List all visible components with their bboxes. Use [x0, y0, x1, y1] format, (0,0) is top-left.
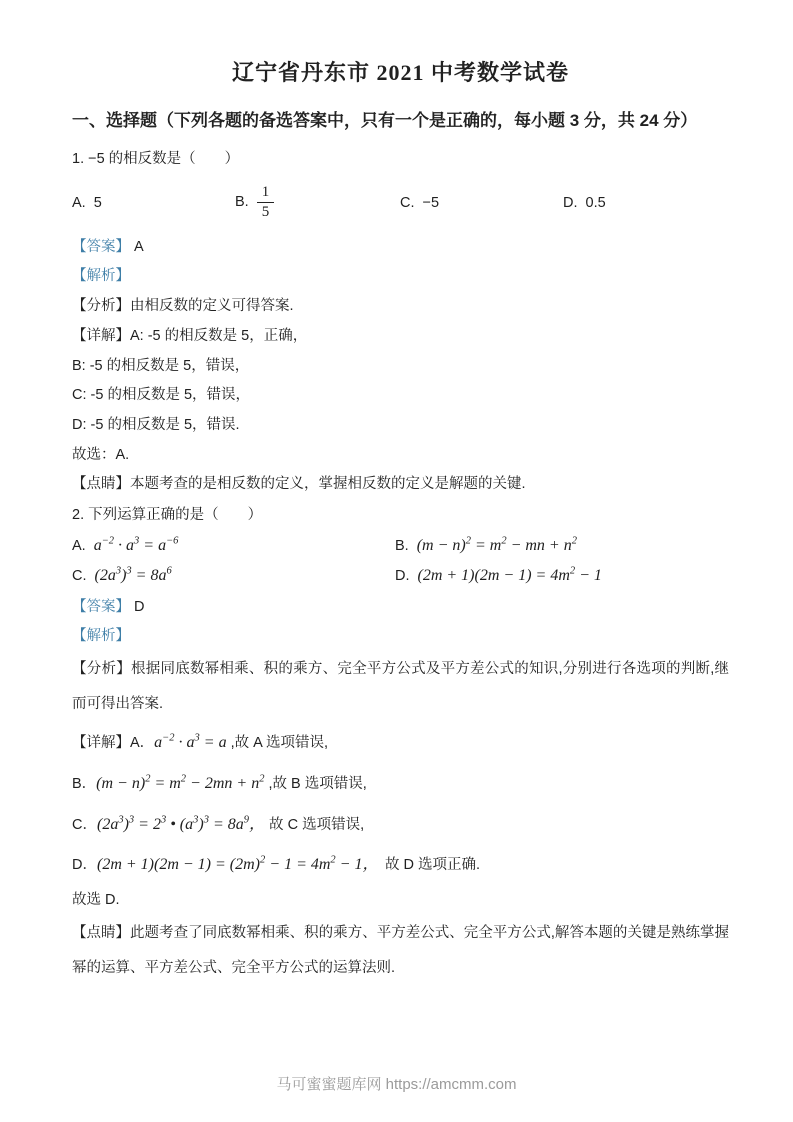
detail-formula: (2m + 1)(2m − 1) = (2m)2 − 1 = 4m2 − 1，: [97, 856, 371, 873]
detail-suffix: ,故 A 选项错误,: [227, 735, 329, 751]
detail-prefix: C．: [72, 817, 97, 833]
answer-value: A: [134, 239, 144, 255]
question-2-detail-a: 【详解】A．a−2 · a3 = a ,故 A 选项错误,: [72, 723, 729, 764]
question-1: 1. −5 的相反数是（ ） A.5 B.15 C.−5 D.0.5 【答案】A…: [72, 144, 729, 500]
question-2-detail-c: C．(2a3)3 = 23 • (a3)3 = 8a9， 故 C 选项错误,: [72, 805, 729, 846]
question-2-analysis-label: 【解析】: [72, 622, 729, 652]
option-c-label: C.: [72, 568, 87, 584]
question-1-stem: 1. −5 的相反数是（ ）: [72, 144, 729, 174]
question-1-option-b: B.15: [235, 183, 400, 222]
question-1-detail-a: 【详解】A: -5 的相反数是 5，正确，: [72, 322, 729, 352]
answer-tag: 【答案】: [72, 599, 130, 615]
detail-prefix: B．: [72, 776, 96, 792]
section-heading: 一、选择题（下列各题的备选答案中，只有一个是正确的，每小题 3 分，共 24 分…: [72, 107, 729, 134]
answer-value: D: [134, 599, 144, 615]
detail-suffix: 故 C 选项错误,: [265, 817, 364, 833]
option-b-label: B.: [235, 194, 249, 210]
option-d-value: 0.5: [586, 195, 606, 211]
answer-tag: 【答案】: [72, 239, 130, 255]
fraction: 15: [257, 183, 275, 222]
question-1-tip: 【点睛】本题考查的是相反数的定义，掌握相反数的定义是解题的关键.: [72, 470, 729, 500]
question-2: 2. 下列运算正确的是（ ） A.a−2 · a3 = a−6 B.(m − n…: [72, 500, 729, 987]
question-1-conclusion: 故选：A.: [72, 441, 729, 471]
question-2-answer-line: 【答案】D: [72, 593, 729, 623]
option-b-formula: (m − n)2 = m2 − mn + n2: [417, 537, 577, 554]
question-2-option-b: B.(m − n)2 = m2 − mn + n2: [395, 537, 729, 555]
question-1-answer-line: 【答案】A: [72, 233, 729, 263]
option-c-label: C.: [400, 195, 415, 211]
question-2-option-c: C.(2a3)3 = 8a6: [72, 567, 395, 585]
question-1-detail-c: C: -5 的相反数是 5，错误，: [72, 381, 729, 411]
document-page: 辽宁省丹东市 2021 中考数学试卷 一、选择题（下列各题的备选答案中，只有一个…: [0, 0, 793, 1122]
option-d-label: D.: [563, 195, 578, 211]
question-2-detail-b: B．(m − n)2 = m2 − 2mn + n2 ,故 B 选项错误,: [72, 764, 729, 805]
option-a-formula: a−2 · a3 = a−6: [94, 537, 179, 554]
option-c-value: −5: [423, 195, 440, 211]
detail-prefix: 【详解】A．: [72, 735, 154, 751]
detail-formula: a−2 · a3 = a: [154, 734, 226, 751]
detail-formula: (m − n)2 = m2 − 2mn + n2: [96, 775, 264, 792]
question-1-detail-d: D: -5 的相反数是 5，错误.: [72, 411, 729, 441]
page-title: 辽宁省丹东市 2021 中考数学试卷: [72, 56, 729, 87]
detail-suffix: 故 D 选项正确.: [370, 857, 480, 873]
question-2-conclusion: 故选 D.: [72, 886, 729, 916]
question-2-tip: 【点睛】此题考查了同底数幂相乘、积的乘方、平方差公式、完全平方公式,解答本题的关…: [72, 916, 729, 987]
question-2-detail-d: D．(2m + 1)(2m − 1) = (2m)2 − 1 = 4m2 − 1…: [72, 845, 729, 886]
detail-prefix: D．: [72, 857, 97, 873]
question-1-option-c: C.−5: [400, 195, 563, 211]
option-a-value: 5: [94, 195, 102, 211]
analysis-tag: 【解析】: [72, 628, 130, 644]
question-2-stem: 2. 下列运算正确的是（ ）: [72, 500, 729, 530]
question-1-analysis-label: 【解析】: [72, 262, 729, 292]
detail-formula: (2a3)3 = 23 • (a3)3 = 8a9，: [97, 816, 265, 833]
question-1-option-d: D.0.5: [563, 195, 729, 211]
question-1-analysis: 【分析】由相反数的定义可得答案.: [72, 292, 729, 322]
analysis-tag: 【解析】: [72, 268, 130, 284]
option-b-label: B.: [395, 538, 409, 554]
option-d-label: D.: [395, 568, 410, 584]
question-2-analysis: 【分析】根据同底数幂相乘、积的乘方、完全平方公式及平方差公式的知识,分别进行各选…: [72, 652, 729, 723]
question-1-option-a: A.5: [72, 195, 235, 211]
option-d-formula: (2m + 1)(2m − 1) = 4m2 − 1: [418, 567, 602, 584]
question-1-options: A.5 B.15 C.−5 D.0.5: [72, 177, 729, 229]
fraction-denominator: 5: [257, 202, 275, 222]
question-1-detail-b: B: -5 的相反数是 5，错误，: [72, 352, 729, 382]
fraction-numerator: 1: [257, 183, 275, 202]
question-2-option-d: D.(2m + 1)(2m − 1) = 4m2 − 1: [395, 567, 729, 585]
question-2-options: A.a−2 · a3 = a−6 B.(m − n)2 = m2 − mn + …: [72, 537, 729, 585]
detail-suffix: ,故 B 选项错误,: [264, 776, 366, 792]
question-2-option-a: A.a−2 · a3 = a−6: [72, 537, 395, 555]
site-credit: 马可蜜蜜题库网 https://amcmm.com: [0, 1073, 793, 1094]
option-a-label: A.: [72, 195, 86, 211]
option-c-formula: (2a3)3 = 8a6: [95, 567, 172, 584]
option-a-label: A.: [72, 538, 86, 554]
